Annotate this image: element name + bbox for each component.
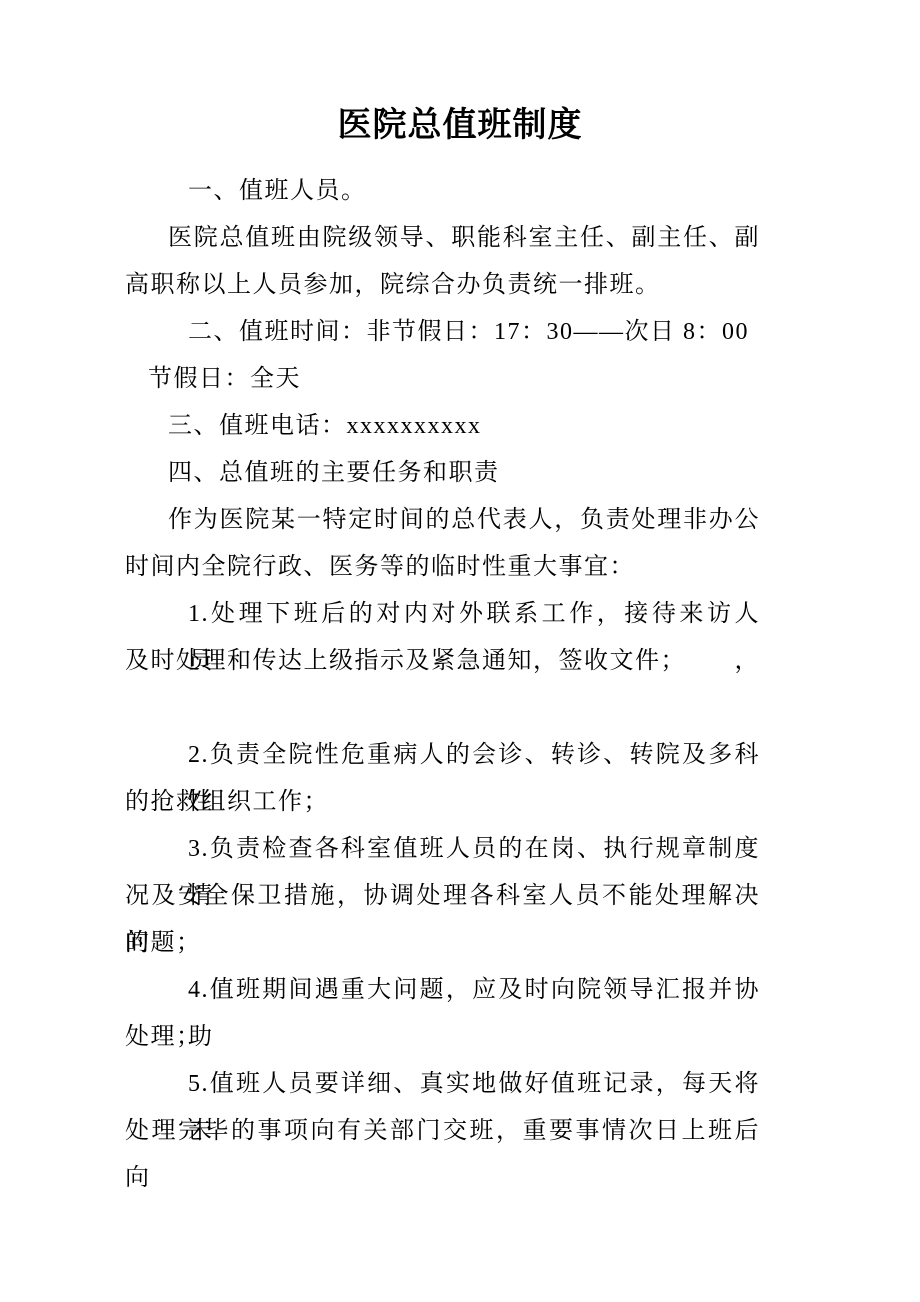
document-body: 一、值班人员。 医院总值班由院级领导、职能科室主任、副主任、副 高职称以上人员参… <box>125 168 760 1155</box>
text-line: 三、值班电话：xxxxxxxxxx <box>125 403 760 450</box>
text-line: 一、值班人员。 <box>125 168 760 215</box>
text-line: 高职称以上人员参加，院综合办负责统一排班。 <box>125 262 760 309</box>
text-line: 问题； <box>125 920 760 967</box>
text-line: 4.值班期间遇重大问题，应及时向院领导汇报并协助 <box>125 967 760 1014</box>
document-title: 医院总值班制度 <box>0 100 920 150</box>
text-line: 节假日：全天 <box>125 356 760 403</box>
text-line: 作为医院某一特定时间的总代表人，负责处理非办公 <box>125 497 760 544</box>
text-line: 四、总值班的主要任务和职责 <box>125 450 760 497</box>
document-page: 医院总值班制度 一、值班人员。 医院总值班由院级领导、职能科室主任、副主任、副 … <box>0 0 920 1302</box>
text-line: 时间内全院行政、医务等的临时性重大事宜： <box>125 544 760 591</box>
text-line: 的抢救组织工作； <box>125 779 760 826</box>
document-content: 医院总值班制度 一、值班人员。 医院总值班由院级领导、职能科室主任、副主任、副 … <box>0 0 920 1155</box>
text-line: 5.值班人员要详细、真实地做好值班记录，每天将未 <box>125 1061 760 1108</box>
text-line: 况及安全保卫措施，协调处理各科室人员不能处理解决的 <box>125 873 760 920</box>
text-line: 3.负责检查各科室值班人员的在岗、执行规章制度情 <box>125 826 760 873</box>
text-line: 2.负责全院性危重病人的会诊、转诊、转院及多科性 <box>125 732 760 779</box>
text-line: 二、值班时间：非节假日：17：30——次日 8：00 <box>125 309 760 356</box>
text-line: 处理； <box>125 1014 760 1061</box>
blank-line <box>125 685 760 732</box>
text-line: 及时处理和传达上级指示及紧急通知，签收文件； <box>125 638 760 685</box>
text-line: 处理完毕的事项向有关部门交班，重要事情次日上班后向 <box>125 1108 760 1155</box>
text-line: 医院总值班由院级领导、职能科室主任、副主任、副 <box>125 215 760 262</box>
text-line: 1.处理下班后的对内对外联系工作，接待来访人员， <box>125 591 760 638</box>
